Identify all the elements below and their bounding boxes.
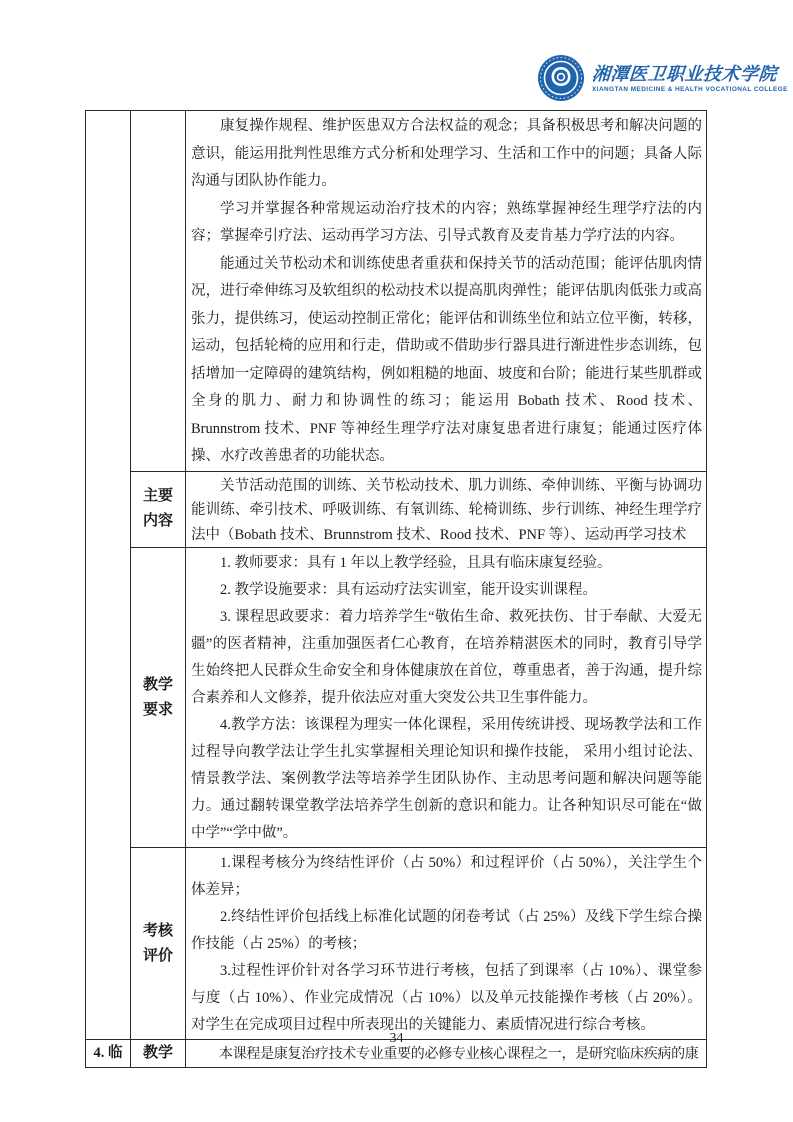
section-label: 教学要求	[141, 673, 175, 723]
row-index-cell-empty	[86, 111, 131, 1040]
paragraph: 1. 教师要求：具有 1 年以上教学经验，且具有临床康复经验。	[191, 550, 702, 577]
page-number: 34	[0, 1031, 793, 1047]
paragraph: 2. 教学设施要求：具有运动疗法实训室，能开设实训课程。	[191, 577, 702, 604]
paragraph: 3.过程性评价针对各学习环节进行考核，包括了到课率（占 10%）、课堂参与度（占…	[191, 958, 702, 1039]
paragraph: 能通过关节松动术和训练使患者重获和保持关节的活动范围；能评估肌肉情况，进行牵伸练…	[191, 251, 702, 471]
table-row-main-content: 主要内容 关节活动范围的训练、关节松动技术、肌力训练、牵伸训练、平衡与协调功能训…	[86, 471, 707, 548]
paragraph: 2.终结性评价包括线上标准化试题的闭卷考试（占 25%）及线下学生综合操作技能（…	[191, 904, 702, 958]
content-cell-assessment: 1.课程考核分为终结性评价（占 50%）和过程评价（占 50%），关注学生个体差…	[186, 848, 707, 1040]
college-name-en: XIANGTAN MEDICINE & HEALTH VOCATIONAL CO…	[592, 86, 788, 93]
section-label: 考核评价	[141, 919, 175, 969]
section-label-cell: 教学要求	[131, 548, 186, 848]
content-cell-course-goals: 康复操作规程、维护医患双方合法权益的观念；具备积极思考和解决问题的意识，能运用批…	[186, 111, 707, 472]
paragraph: 关节活动范围的训练、关节松动技术、肌力训练、牵伸训练、平衡与协调功能训练、牵引技…	[191, 474, 702, 548]
table-row-course-goals: 康复操作规程、维护医患双方合法权益的观念；具备积极思考和解决问题的意识，能运用批…	[86, 111, 707, 472]
syllabus-table: 康复操作规程、维护医患双方合法权益的观念；具备积极思考和解决问题的意识，能运用批…	[85, 110, 707, 1068]
content-cell-main-content: 关节活动范围的训练、关节松动技术、肌力训练、牵伸训练、平衡与协调功能训练、牵引技…	[186, 471, 707, 548]
section-label-cell: 主要内容	[131, 471, 186, 548]
college-logo: 湘潭医卫职业技术学院 XIANGTAN MEDICINE & HEALTH VO…	[537, 53, 788, 103]
paragraph: 4.教学方法：该课程为理实一体化课程，采用传统讲授、现场教学法和工作过程导向教学…	[191, 712, 702, 847]
paragraph: 3. 课程思政要求：着力培养学生“敬佑生命、救死扶伤、甘于奉献、大爱无疆”的医者…	[191, 604, 702, 712]
table-row-assessment: 考核评价 1.课程考核分为终结性评价（占 50%）和过程评价（占 50%），关注…	[86, 848, 707, 1040]
paragraph: 学习并掌握各种常规运动治疗技术的内容；熟练掌握神经生理学疗法的内容；掌握牵引疗法…	[191, 196, 702, 251]
brand-text: 湘潭医卫职业技术学院 XIANGTAN MEDICINE & HEALTH VO…	[592, 63, 788, 93]
paragraph: 1.课程考核分为终结性评价（占 50%）和过程评价（占 50%），关注学生个体差…	[191, 850, 702, 904]
content-cell-teaching-requirements: 1. 教师要求：具有 1 年以上教学经验，且具有临床康复经验。 2. 教学设施要…	[186, 548, 707, 848]
section-label-cell: 考核评价	[131, 848, 186, 1040]
section-label-cell-empty	[131, 111, 186, 472]
document-page: 湘潭医卫职业技术学院 XIANGTAN MEDICINE & HEALTH VO…	[0, 0, 793, 1122]
section-label: 主要内容	[141, 484, 175, 534]
table-row-teaching-requirements: 教学要求 1. 教师要求：具有 1 年以上教学经验，且具有临床康复经验。 2. …	[86, 548, 707, 848]
paragraph: 康复操作规程、维护医患双方合法权益的观念；具备积极思考和解决问题的意识，能运用批…	[191, 113, 702, 196]
college-name-zh: 湘潭医卫职业技术学院	[591, 63, 788, 85]
college-seal-icon	[537, 54, 585, 102]
